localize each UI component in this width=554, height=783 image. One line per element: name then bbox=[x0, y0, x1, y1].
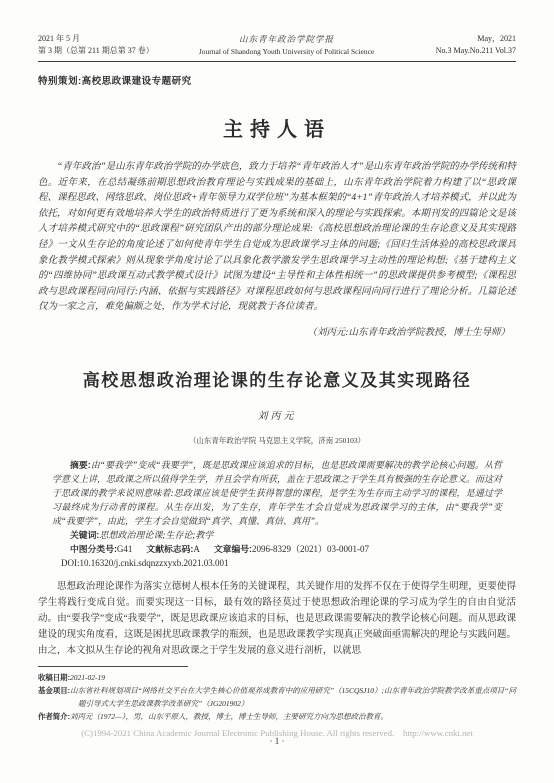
received-date-label: 收稿日期: bbox=[38, 673, 70, 682]
journal-page: 2021 年 5 月 第 3 期（总第 211 期总第 37 卷） 山东青年政治… bbox=[38, 0, 516, 783]
received-date-line: 收稿日期:2021-02-19 bbox=[38, 671, 516, 684]
author-bio-line: 作者简介:刘丙元（1972—），男，山东平原人，教授，博士，博士生导师，主要研究… bbox=[38, 710, 516, 723]
page-number: · 1 · bbox=[0, 736, 554, 746]
header-issue-en: No.3 May.No.211 Vol.37 bbox=[382, 45, 516, 57]
author-bio-label: 作者简介: bbox=[38, 712, 70, 721]
host-signature: （刘丙元:山东青年政治学院教授，博士生导师） bbox=[38, 324, 516, 338]
received-date-value: 2021-02-19 bbox=[70, 673, 105, 682]
abstract-paragraph: 摘要:由“要我学”变成“我要学”，既是思政课应该追求的目标，也是思政课需要解决的… bbox=[52, 458, 502, 528]
header-date-en: May，2021 bbox=[382, 33, 516, 45]
abstract-block: 摘要:由“要我学”变成“我要学”，既是思政课应该追求的目标，也是思政课需要解决的… bbox=[52, 458, 502, 570]
journal-name-en: Journal of Shandong Youth University of … bbox=[191, 46, 382, 57]
abstract-text: 由“要我学”变成“我要学”，既是思政课应该追求的目标，也是思政课需要解决的教学论… bbox=[52, 460, 502, 526]
fund-project-value: 山东省社科规划项目“网络社交平台在大学生核心价值观养成教育中的应用研究”（15C… bbox=[70, 686, 516, 708]
article-title: 高校思想政治理论课的生存论意义及其实现路径 bbox=[38, 366, 516, 391]
journal-name-cn: 山东青年政治学院学报 bbox=[191, 33, 382, 46]
header-date-cn: 2021 年 5 月 bbox=[38, 33, 191, 45]
special-topic-label: 特别策划:高校思政课建设专题研究 bbox=[38, 73, 516, 87]
host-remarks-title: 主持人语 bbox=[38, 113, 516, 142]
host-remarks-paragraph: “青年政治”是山东青年政治学院的办学底色，致力于培养“青年政治人才”是山东青年政… bbox=[38, 160, 516, 316]
doi-line: DOI:10.16320/j.cnki.sdqnzzxyxb.2021.03.0… bbox=[52, 556, 502, 570]
abstract-label: 摘要: bbox=[70, 460, 91, 470]
journal-name-block: 山东青年政治学院学报 Journal of Shandong Youth Uni… bbox=[191, 33, 382, 57]
article-body-paragraph: 思想政治理论课作为落实立德树人根本任务的关键课程，其关键作用的发挥不仅在于使得学… bbox=[38, 579, 516, 659]
header-issue-cn: 第 3 期（总第 211 期总第 37 卷） bbox=[38, 45, 191, 57]
fund-project-label: 基金项目: bbox=[38, 686, 70, 695]
footnote-divider bbox=[38, 666, 188, 667]
keywords-line: 关键词:思想政治理论课;生存论;教学 bbox=[52, 528, 502, 542]
article-id-value: 2096-8329（2021）03-0001-07 bbox=[252, 544, 369, 554]
keywords-label: 关键词: bbox=[70, 530, 99, 540]
clc-label: 中图分类号: bbox=[70, 544, 117, 554]
header-issue-info-en: May，2021 No.3 May.No.211 Vol.37 bbox=[382, 33, 516, 57]
classification-line: 中图分类号:G41文献标志码:A文章编号:2096-8329（2021）03-0… bbox=[52, 542, 502, 556]
doc-code-label: 文献标志码: bbox=[146, 544, 193, 554]
header-issue-info-cn: 2021 年 5 月 第 3 期（总第 211 期总第 37 卷） bbox=[38, 33, 191, 57]
article-id-label: 文章编号: bbox=[214, 544, 252, 554]
doc-code-value: A bbox=[193, 544, 200, 554]
keywords-text: 思想政治理论课;生存论;教学 bbox=[99, 530, 213, 540]
article-author: 刘丙元 bbox=[38, 407, 516, 422]
fund-project-line: 基金项目:山东省社科规划项目“网络社交平台在大学生核心价值观养成教育中的应用研究… bbox=[38, 684, 516, 710]
journal-header: 2021 年 5 月 第 3 期（总第 211 期总第 37 卷） 山东青年政治… bbox=[38, 33, 516, 62]
footnotes-block: 收稿日期:2021-02-19 基金项目:山东省社科规划项目“网络社交平台在大学… bbox=[38, 671, 516, 723]
author-bio-value: 刘丙元（1972—），男，山东平原人，教授，博士，博士生导师，主要研究方向为思想… bbox=[70, 712, 388, 721]
article-affiliation: （山东青年政治学院 马克思主义学院，济南 250103） bbox=[38, 435, 516, 446]
clc-value: G41 bbox=[117, 544, 133, 554]
